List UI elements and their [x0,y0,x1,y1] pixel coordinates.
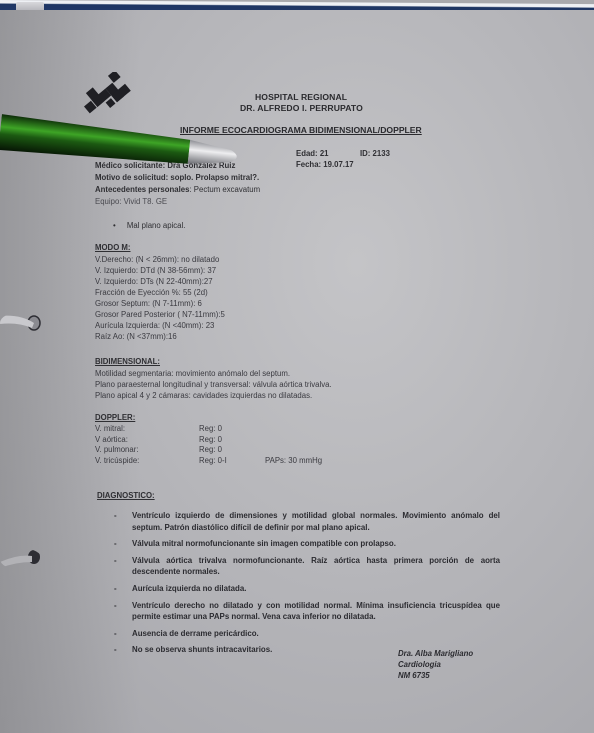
diagnosis-item: -Ausencia de derrame pericárdico. [114,628,500,640]
modo-m-item: Aurícula Izquierda: (N <40mm): 23 [95,320,225,331]
binder-ring-icon [0,312,42,334]
personal-history-label: Antecedentes personales [95,185,189,194]
diagnosis-text: Válvula mitral normofuncionante sin imag… [132,539,396,548]
doppler-valve: V. tricúspide: [95,456,139,465]
diagnosis-text: Válvula aórtica trivalva normofuncionant… [132,556,500,577]
modo-m-list: V.Derecho: (N < 26mm): no dilatado V. Iz… [95,254,225,342]
personal-history: Antecedentes personales: Pectum excavatu… [95,185,260,194]
modo-m-item: V. Izquierdo: DTs (N 22-40mm):27 [95,276,225,287]
dash-bullet-icon: - [114,600,117,612]
signature-specialty: Cardiologia [398,659,473,670]
diagnosis-list: -Ventrículo izquierdo de dimensiones y m… [114,510,500,661]
binder-ring-icon [0,548,42,570]
doppler-row: V. mitral: Reg: 0 [95,424,395,435]
doppler-regurgitation: Reg: 0 [199,445,222,454]
doppler-valve: V. pulmonar: [95,445,139,454]
dash-bullet-icon: - [114,538,117,550]
note-text: Mal plano apical. [127,221,186,230]
modo-m-item: Fracción de Eyección %: 55 (2d) [95,287,225,298]
modo-m-item: V. Izquierdo: DTd (N 38-56mm): 37 [95,265,225,276]
modo-m-item: Grosor Pared Posterior ( N7-11mm):5 [95,309,225,320]
diagnosis-text: Ventrículo izquierdo de dimensiones y mo… [132,511,500,532]
hospital-name-line1: HOSPITAL REGIONAL [255,92,347,102]
doppler-paps: PAPs: 30 mmHg [265,456,322,465]
diagnosis-text: No se observa shunts intracavitarios. [132,645,272,654]
report-date: Fecha: 19.07.17 [296,160,354,169]
doppler-regurgitation: Reg: 0-I [199,456,227,465]
diagnosis-item: -Válvula mitral normofuncionante sin ima… [114,538,500,550]
diagnosis-text: Ventrículo derecho no dilatado y con mot… [132,601,500,622]
bidimensional-item: Plano apical 4 y 2 cámaras: cavidades iz… [95,390,332,401]
signature-name: Dra. Alba Marigliano [398,648,473,659]
section-title-diagnostico: DIAGNOSTICO: [97,491,155,500]
hospital-name-line2: DR. ALFREDO I. PERRUPATO [240,103,363,113]
diagnosis-item: -Ventrículo izquierdo de dimensiones y m… [114,510,500,533]
dash-bullet-icon: - [114,583,117,595]
dash-bullet-icon: - [114,555,117,567]
note-item: • Mal plano apical. [113,221,185,230]
section-title-bidimensional: BIDIMENSIONAL: [95,357,160,366]
section-title-doppler: DOPPLER: [95,413,135,422]
diagnosis-text: Aurícula izquierda no dilatada. [132,584,246,593]
doppler-row: V aórtica: Reg: 0 [95,435,395,446]
personal-history-value: : Pectum excavatum [189,185,260,194]
section-title-modo-m: MODO M: [95,243,131,252]
patient-id: ID: 2133 [360,149,390,158]
patient-age: Edad: 21 [296,149,329,158]
doppler-regurgitation: Reg: 0 [199,424,222,433]
bidimensional-list: Motilidad segmentaria: movimiento anómal… [95,368,332,401]
dash-bullet-icon: - [114,510,117,522]
hospital-logo-icon [76,72,138,118]
doppler-table: V. mitral: Reg: 0 V aórtica: Reg: 0 V. p… [95,424,395,466]
doppler-valve: V. mitral: [95,424,125,433]
doppler-regurgitation: Reg: 0 [199,435,222,444]
diagnosis-item: -Aurícula izquierda no dilatada. [114,583,500,595]
dash-bullet-icon: - [114,644,117,656]
modo-m-item: Grosor Septum: (N 7-11mm): 6 [95,298,225,309]
modo-m-item: V.Derecho: (N < 26mm): no dilatado [95,254,225,265]
signature-block: Dra. Alba Marigliano Cardiologia NM 6735 [398,648,473,681]
modo-m-item: Raíz Ao: (N <37mm):16 [95,331,225,342]
diagnosis-item: -Ventrículo derecho no dilatado y con mo… [114,600,500,623]
bullet-icon: • [113,221,116,230]
doppler-valve: V aórtica: [95,435,128,444]
dash-bullet-icon: - [114,628,117,640]
bidimensional-item: Plano paraesternal longitudinal y transv… [95,379,332,390]
signature-license: NM 6735 [398,670,473,681]
diagnosis-text: Ausencia de derrame pericárdico. [132,629,259,638]
doppler-row: V. pulmonar: Reg: 0 [95,445,395,456]
equipment: Equipo: Vivid T8. GE [95,197,167,206]
bidimensional-item: Motilidad segmentaria: movimiento anómal… [95,368,332,379]
diagnosis-item: -Válvula aórtica trivalva normofuncionan… [114,555,500,578]
doppler-row: V. tricúspide: Reg: 0-I PAPs: 30 mmHg [95,456,395,467]
